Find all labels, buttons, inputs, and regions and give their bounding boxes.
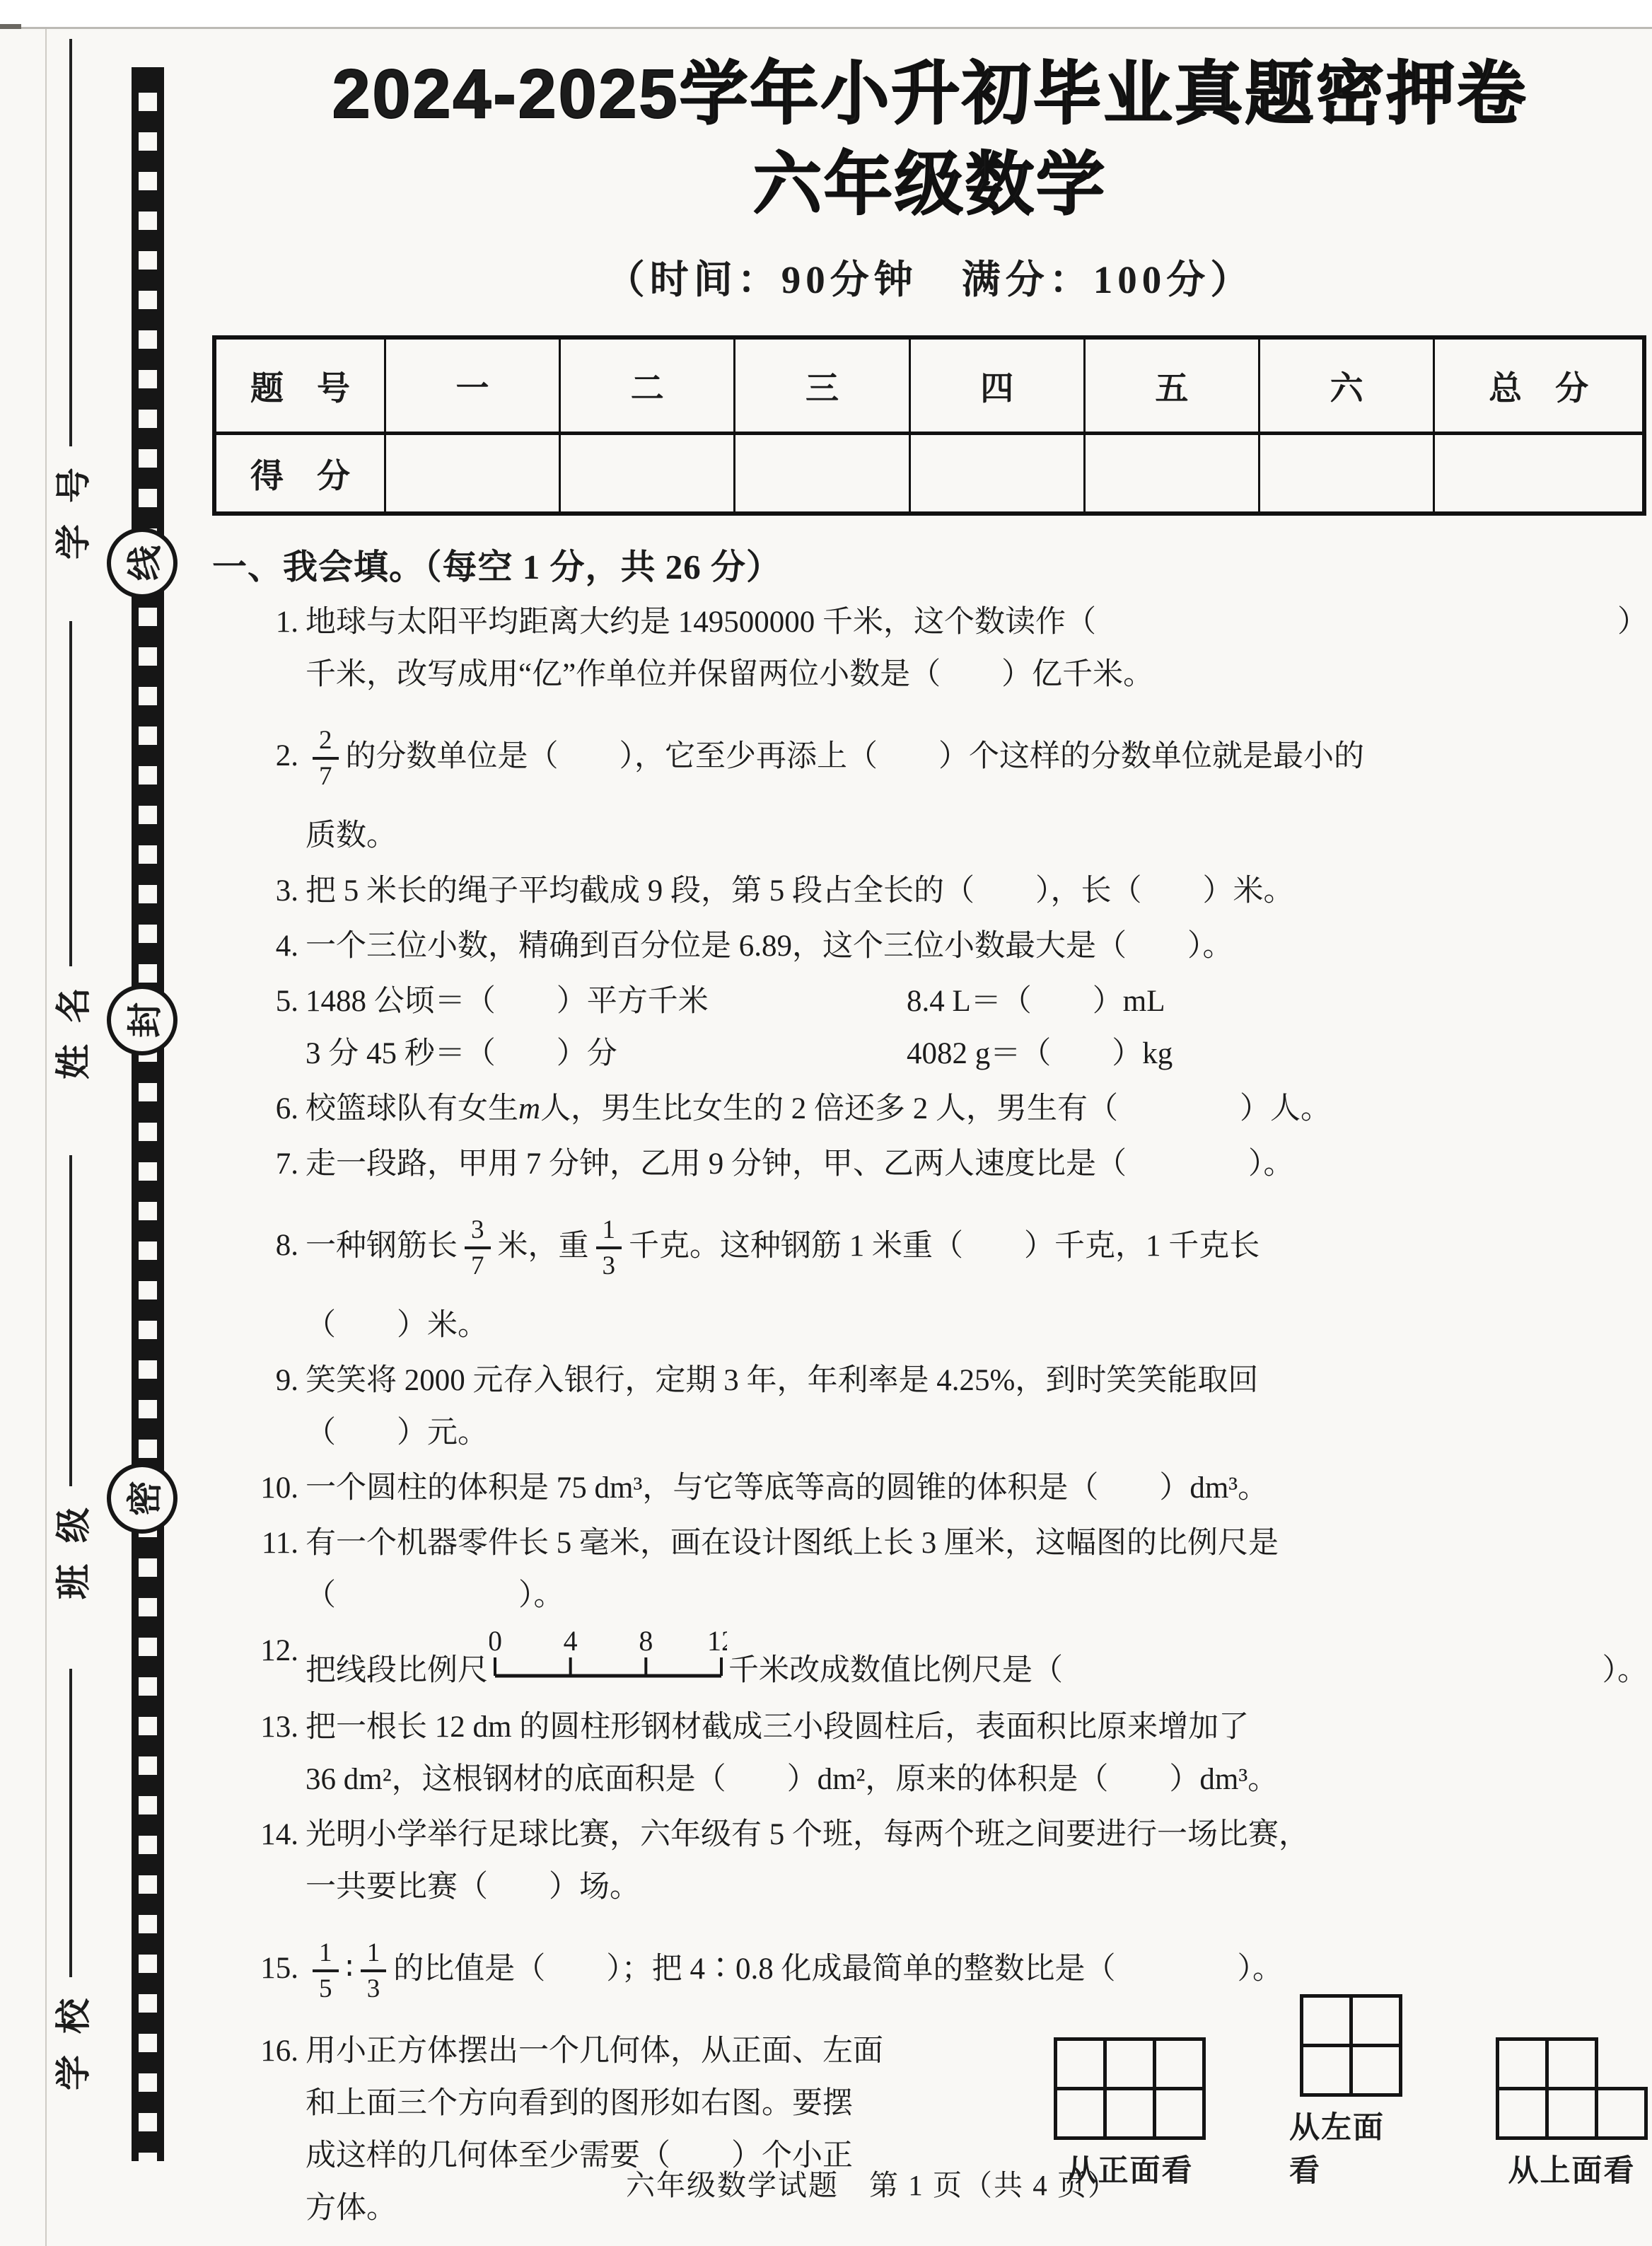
- question-11: 11.有一个机器零件长 5 毫米，画在设计图纸上长 3 厘米，这幅图的比例尺是（…: [212, 1517, 1648, 1622]
- question-line: 1488 公顷＝（ ）平方千米8.4 L＝（ ）mL: [306, 976, 1648, 1028]
- question-7: 7.走一段路，甲用 7 分钟，乙用 9 分钟，甲、乙两人速度比是（ ）。: [212, 1138, 1648, 1191]
- score-table-header-cell-5: 五: [1084, 337, 1259, 434]
- question-16-view-figures: 从正面看从左面看从上面看: [1054, 1994, 1648, 2190]
- question-number: 3.: [212, 865, 306, 917]
- score-empty-cell-7: [1434, 434, 1644, 514]
- question-line: 笑笑将 2000 元存入银行，定期 3 年，年利率是 4.25%，到时笑笑能取回: [306, 1355, 1648, 1407]
- question-text: （ ）米。: [306, 1299, 488, 1352]
- svg-text:12: 12: [707, 1625, 727, 1657]
- score-table-header-cell-1: 一: [385, 337, 559, 434]
- score-empty-cell-5: [1084, 434, 1259, 514]
- question-line: 质数。: [306, 810, 1648, 862]
- question-line: 千米，改写成用“亿”作单位并保留两位小数是（ ）亿千米。: [306, 649, 1648, 701]
- question-text: 有一个机器零件长 5 毫米，画在设计图纸上长 3 厘米，这幅图的比例尺是: [306, 1517, 1279, 1570]
- question-6: 6.校篮球队有女生 m 人，男生比女生的 2 倍还多 2 人，男生有（ ）人。: [212, 1083, 1648, 1135]
- student-field-label: 学号: [45, 446, 96, 560]
- question-line: 把线段比例尺04812千米改成数值比例尺是（）。: [306, 1625, 1648, 1698]
- question-text: 一个圆柱的体积是 75 dm³，与它等底等高的圆锥的体积是（ ）dm³。: [306, 1462, 1268, 1515]
- fraction: 15: [313, 1938, 339, 2004]
- svg-text:0: 0: [489, 1625, 502, 1657]
- question-text: 把一根长 12 dm 的圆柱形钢材截成三小段圆柱后，表面积比原来增加了: [306, 1701, 1249, 1754]
- question-line: 3 分 45 秒＝（ ）分4082 g＝（ ）kg: [306, 1028, 1648, 1080]
- question-9: 9.笑笑将 2000 元存入银行，定期 3 年，年利率是 4.25%，到时笑笑能…: [212, 1355, 1648, 1459]
- question-number: 9.: [212, 1355, 306, 1459]
- score-table-header-cell-7: 总 分: [1434, 337, 1644, 434]
- view-figure-1: 从左面看: [1289, 1994, 1412, 2190]
- exam-page-content: 2024-2025学年小升初毕业真题密押卷 六年级数学 （时间：90分钟 满分：…: [212, 39, 1648, 2238]
- scan-edge-vertical-line: [45, 29, 47, 2246]
- question-number: 4.: [212, 920, 306, 973]
- question-text: 把线段比例尺: [306, 1645, 488, 1697]
- scan-edge-horizontal-line: [0, 27, 1652, 29]
- question-text: 一种钢筋长: [306, 1229, 458, 1264]
- question-line: 把 5 米长的绳子平均截成 9 段，第 5 段占全长的（ ），长（ ）米。: [306, 865, 1648, 917]
- seal-dashed-line: [132, 67, 164, 2161]
- score-empty-cell-2: [560, 434, 735, 514]
- question-15: 15.15∶13的比值是（ ）；把 4∶0.8 化成最简单的整数比是（ ）。: [212, 1916, 1648, 2022]
- question-number: 15.: [212, 1916, 306, 2022]
- question-number: 7.: [212, 1138, 306, 1191]
- question-text: 笑笑将 2000 元存入银行，定期 3 年，年利率是 4.25%，到时笑笑能取回: [306, 1355, 1258, 1407]
- question-text: ）。: [1602, 1645, 1648, 1697]
- fraction: 13: [361, 1938, 387, 2004]
- seal-circle-线: 线: [107, 528, 178, 598]
- question-line: 走一段路，甲用 7 分钟，乙用 9 分钟，甲、乙两人速度比是（ ）。: [306, 1138, 1648, 1191]
- question-number: 5.: [212, 976, 306, 1080]
- question-number: 6.: [212, 1083, 306, 1135]
- fill-in-questions: 1.地球与太阳平均距离大约是 149500000 千米，这个数读作（）千米，改写…: [212, 596, 1648, 2022]
- question-line: 光明小学举行足球比赛，六年级有 5 个班，每两个班之间要进行一场比赛，: [306, 1809, 1648, 1861]
- seal-circle-密: 密: [107, 1463, 178, 1534]
- question-3: 3.把 5 米长的绳子平均截成 9 段，第 5 段占全长的（ ），长（ ）米。: [212, 865, 1648, 917]
- student-field-label: 姓名: [45, 966, 96, 1079]
- question-10: 10.一个圆柱的体积是 75 dm³，与它等底等高的圆锥的体积是（ ）dm³。: [212, 1462, 1648, 1515]
- question-line: 把一根长 12 dm 的圆柱形钢材截成三小段圆柱后，表面积比原来增加了: [306, 1701, 1648, 1754]
- question-12: 12.把线段比例尺04812千米改成数值比例尺是（）。: [212, 1625, 1648, 1698]
- question-text: 光明小学举行足球比赛，六年级有 5 个班，每两个班之间要进行一场比赛，: [306, 1809, 1309, 1861]
- question-16-line: 用小正方体摆出一个几何体，从正面、左面: [306, 2025, 1034, 2078]
- score-empty-cell-1: [385, 434, 559, 514]
- question-line: 15∶13的比值是（ ）；把 4∶0.8 化成最简单的整数比是（ ）。: [306, 1916, 1648, 2022]
- question-number: 2.: [212, 704, 306, 862]
- question-1: 1.地球与太阳平均距离大约是 149500000 千米，这个数读作（）千米，改写…: [212, 596, 1648, 701]
- question-text: ∶: [346, 1952, 354, 1987]
- question-number: 11.: [212, 1517, 306, 1622]
- view-figure-grid: [1496, 2037, 1648, 2140]
- score-table-score-row: 得 分: [214, 434, 1644, 514]
- scan-corner-mark: [0, 24, 21, 29]
- score-table-header-cell-3: 三: [735, 337, 909, 434]
- question-2: 2.27的分数单位是（ ），它至少再添上（ ）个这样的分数单位就是最小的质数。: [212, 704, 1648, 862]
- exam-subtitle: （时间：90分钟 满分：100分）: [212, 248, 1648, 304]
- score-table: 题 号一二三四五六总 分 得 分: [212, 335, 1646, 516]
- question-text: 走一段路，甲用 7 分钟，乙用 9 分钟，甲、乙两人速度比是（ ）。: [306, 1138, 1294, 1191]
- question-line: 一种钢筋长37米，重13千克。这种钢筋 1 米重（ ）千克，1 千克长: [306, 1193, 1648, 1299]
- question-text: 米，重: [498, 1229, 589, 1264]
- question-text: 千克。这种钢筋 1 米重（ ）千克，1 千克长: [629, 1229, 1260, 1264]
- question-text: （ ）。: [306, 1570, 564, 1622]
- seal-circle-封: 封: [107, 985, 178, 1055]
- question-line: 一共要比赛（ ）场。: [306, 1861, 1648, 1914]
- fraction: 37: [465, 1215, 491, 1281]
- question-text: 质数。: [306, 810, 397, 862]
- question-text: 3 分 45 秒＝（ ）分: [306, 1028, 617, 1080]
- score-empty-cell-4: [909, 434, 1084, 514]
- score-table-header-cell-6: 六: [1260, 337, 1434, 434]
- student-field-label: 学校: [45, 1977, 96, 2090]
- score-label-cell: 得 分: [214, 434, 385, 514]
- question-text: 一共要比赛（ ）场。: [306, 1861, 640, 1914]
- question-line: 一个圆柱的体积是 75 dm³，与它等底等高的圆锥的体积是（ ）dm³。: [306, 1462, 1648, 1515]
- score-table-header-row: 题 号一二三四五六总 分: [214, 337, 1644, 434]
- question-number: 14.: [212, 1809, 306, 1914]
- question-13: 13.把一根长 12 dm 的圆柱形钢材截成三小段圆柱后，表面积比原来增加了36…: [212, 1701, 1648, 1806]
- question-text: 千米，改写成用“亿”作单位并保留两位小数是（ ）亿千米。: [306, 649, 1153, 701]
- student-field-label: 班级: [45, 1486, 96, 1599]
- question-line: （ ）元。: [306, 1407, 1648, 1459]
- student-field-blank-line: [69, 1669, 72, 1977]
- fraction: 13: [596, 1215, 622, 1281]
- svg-text:4: 4: [564, 1625, 578, 1657]
- question-number: 10.: [212, 1462, 306, 1515]
- question-4: 4.一个三位小数，精确到百分位是 6.89，这个三位小数最大是（ ）。: [212, 920, 1648, 973]
- page-footer: 六年级数学试题 第 1 页（共 4 页）: [0, 2162, 1652, 2204]
- question-text: 人，男生比女生的 2 倍还多 2 人，男生有（ ）人。: [540, 1083, 1331, 1135]
- score-empty-cell-3: [735, 434, 909, 514]
- second-column-text: 8.4 L＝（ ）mL: [907, 976, 1165, 1028]
- exam-title-line1: 2024-2025学年小升初毕业真题密押卷: [212, 49, 1648, 139]
- question-line: 27的分数单位是（ ），它至少再添上（ ）个这样的分数单位就是最小的: [306, 704, 1648, 810]
- question-16-line: 和上面三个方向看到的图形如右图。要摆: [306, 2078, 1034, 2130]
- section1-heading: 一、我会填。（每空 1 分，共 26 分）: [212, 540, 1648, 589]
- question-text: 36 dm²，这根钢材的底面积是（ ）dm²，原来的体积是（ ）dm³。: [306, 1754, 1278, 1806]
- question-text: 千米改成数值比例尺是（: [728, 1645, 1063, 1697]
- question-number: 12.: [212, 1625, 306, 1698]
- question-text: m: [518, 1083, 540, 1135]
- second-column-text: 4082 g＝（ ）kg: [907, 1028, 1173, 1080]
- question-5: 5.1488 公顷＝（ ）平方千米8.4 L＝（ ）mL3 分 45 秒＝（ ）…: [212, 976, 1648, 1080]
- segment-scale-bar: 04812: [489, 1625, 727, 1680]
- question-text: 把 5 米长的绳子平均截成 9 段，第 5 段占全长的（ ），长（ ）米。: [306, 865, 1294, 917]
- question-text: 校篮球队有女生: [306, 1083, 518, 1135]
- question-text: 的比值是（ ）；把 4∶0.8 化成最简单的整数比是（ ）。: [393, 1952, 1283, 1987]
- student-field-blank-line: [69, 39, 72, 446]
- question-number: 8.: [212, 1193, 306, 1352]
- question-line: 一个三位小数，精确到百分位是 6.89，这个三位小数最大是（ ）。: [306, 920, 1648, 973]
- score-table-header-cell-2: 二: [560, 337, 735, 434]
- question-text: 地球与太阳平均距离大约是 149500000 千米，这个数读作（: [306, 596, 1096, 649]
- question-14: 14.光明小学举行足球比赛，六年级有 5 个班，每两个班之间要进行一场比赛，一共…: [212, 1809, 1648, 1914]
- question-line: 36 dm²，这根钢材的底面积是（ ）dm²，原来的体积是（ ）dm³。: [306, 1754, 1648, 1806]
- question-number: 1.: [212, 596, 306, 701]
- question-text: （ ）元。: [306, 1407, 488, 1459]
- exam-title-line2: 六年级数学: [212, 139, 1648, 230]
- student-field-blank-line: [69, 621, 72, 966]
- question-text: 一个三位小数，精确到百分位是 6.89，这个三位小数最大是（ ）。: [306, 920, 1233, 973]
- question-text: ）: [1617, 596, 1648, 649]
- question-line: 校篮球队有女生 m 人，男生比女生的 2 倍还多 2 人，男生有（ ）人。: [306, 1083, 1648, 1135]
- question-line: （ ）。: [306, 1570, 1648, 1622]
- question-8: 8.一种钢筋长37米，重13千克。这种钢筋 1 米重（ ）千克，1 千克长（ ）…: [212, 1193, 1648, 1352]
- question-number: 13.: [212, 1701, 306, 1806]
- svg-text:8: 8: [639, 1625, 653, 1657]
- question-line: 地球与太阳平均距离大约是 149500000 千米，这个数读作（）: [306, 596, 1648, 649]
- question-line: 有一个机器零件长 5 毫米，画在设计图纸上长 3 厘米，这幅图的比例尺是: [306, 1517, 1648, 1570]
- score-empty-cell-6: [1260, 434, 1434, 514]
- view-figure-grid: [1054, 2037, 1206, 2140]
- score-table-header-cell-4: 四: [909, 337, 1084, 434]
- question-line: （ ）米。: [306, 1299, 1648, 1352]
- fraction: 27: [313, 726, 339, 792]
- score-table-header-cell-0: 题 号: [214, 337, 385, 434]
- student-field-blank-line: [69, 1155, 72, 1486]
- question-text: 1488 公顷＝（ ）平方千米: [306, 976, 709, 1028]
- question-text: 的分数单位是（ ），它至少再添上（ ）个这样的分数单位就是最小的: [346, 739, 1365, 775]
